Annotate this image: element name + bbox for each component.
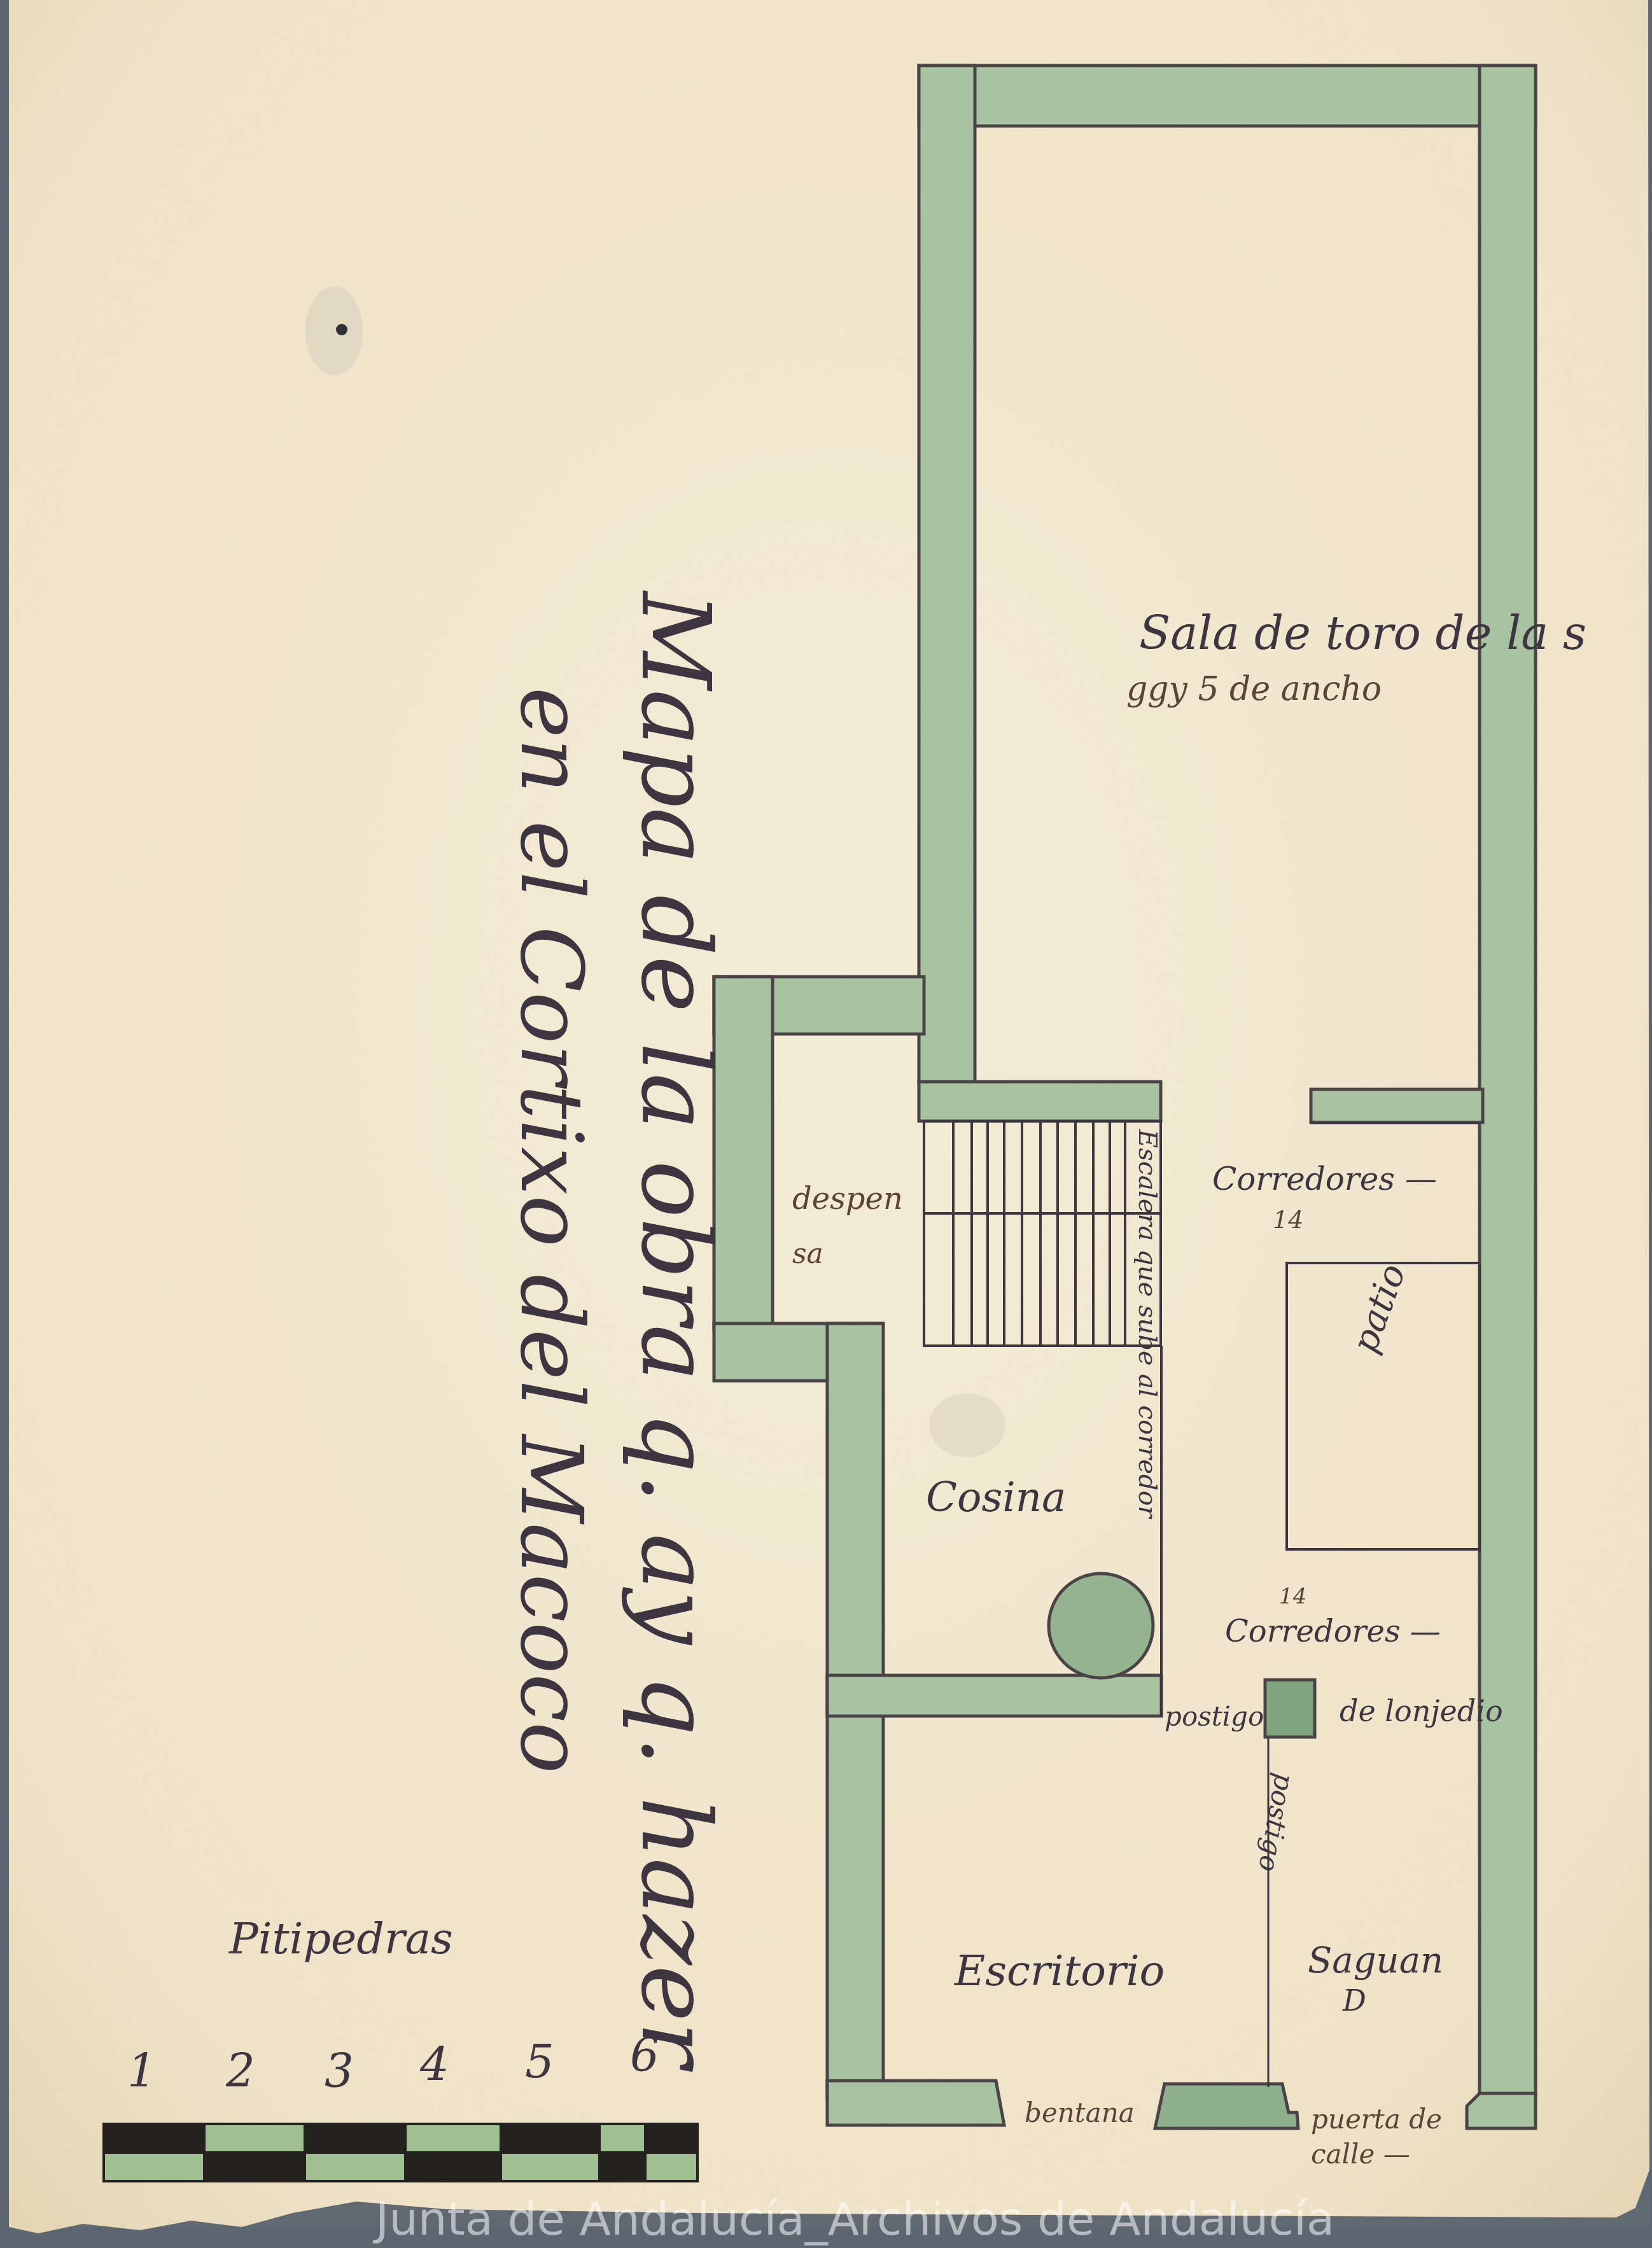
- map-sheet: Mapa de la obra q. ay q. hazer en el Cor…: [0, 0, 1652, 2248]
- label-escritorio: Escritorio: [954, 1946, 1165, 1995]
- mark-corredores-top: 14: [1273, 1206, 1303, 1234]
- label-postigo: postigo: [1165, 1701, 1264, 1732]
- oven: [1049, 1574, 1153, 1678]
- wall-sala-south-right: [1311, 1089, 1483, 1122]
- stain: [929, 1393, 1005, 1457]
- label-despensa-2: sa: [792, 1238, 823, 1270]
- label-escalera-group: Escalera que sube al corredor: [1133, 1129, 1162, 1520]
- label-despensa: despen: [792, 1181, 903, 1217]
- title-line-2: en el Cortixo del Macoco: [501, 687, 601, 1773]
- scale-tick-6: 6: [630, 2028, 659, 2082]
- label-sala-dimensions: ggy 5 de ancho: [1126, 670, 1382, 708]
- label-saguan: Saguan: [1308, 1940, 1443, 1981]
- label-ventana: bentana: [1025, 2097, 1135, 2128]
- pillar: [1265, 1680, 1315, 1737]
- label-sala: Sala de toro de la s: [1139, 606, 1586, 660]
- wall-north: [919, 66, 1536, 126]
- label-corredores-top: Corredores —: [1212, 1161, 1437, 1197]
- watermark: Junta de Andalucía_Archivos de Andalucía: [373, 2192, 1334, 2245]
- label-calle: calle —: [1311, 2139, 1410, 2170]
- stain: [305, 286, 363, 375]
- wall-east: [1480, 66, 1536, 2095]
- mark-corredores-bottom: 14: [1279, 1584, 1306, 1609]
- label-escalera: Escalera que sube al corredor: [1133, 1129, 1162, 1520]
- wall-south-middle: [1155, 2084, 1298, 2128]
- wall-sala-south-left: [919, 1082, 1161, 1121]
- label-de-lonjedio: de lonjedio: [1340, 1694, 1503, 1728]
- wall-south-left: [827, 2081, 1004, 2125]
- wall-sala-west: [919, 66, 975, 1084]
- label-cocina: Cosina: [926, 1474, 1066, 1521]
- scale-tick-1: 1: [127, 2044, 157, 2098]
- scale-tick-4: 4: [419, 2038, 449, 2091]
- label-corredores-bottom: Corredores —: [1225, 1614, 1441, 1649]
- scale-tick-5: 5: [525, 2035, 554, 2088]
- wall-south-right: [1467, 2093, 1536, 2128]
- mark-saguan: D: [1342, 1983, 1366, 2018]
- scale-checkers: [104, 2124, 697, 2181]
- title-line-1: Mapa de la obra q. ay q. hazer: [620, 590, 731, 2072]
- wall-cocina-south: [827, 1675, 1161, 1716]
- scale-tick-2: 2: [225, 2044, 255, 2098]
- label-puerta: puerta de: [1311, 2104, 1442, 2135]
- ink-blot: [336, 324, 347, 335]
- scale-tick-3: 3: [325, 2044, 354, 2098]
- scale-label: Pitipedras: [228, 1914, 453, 1964]
